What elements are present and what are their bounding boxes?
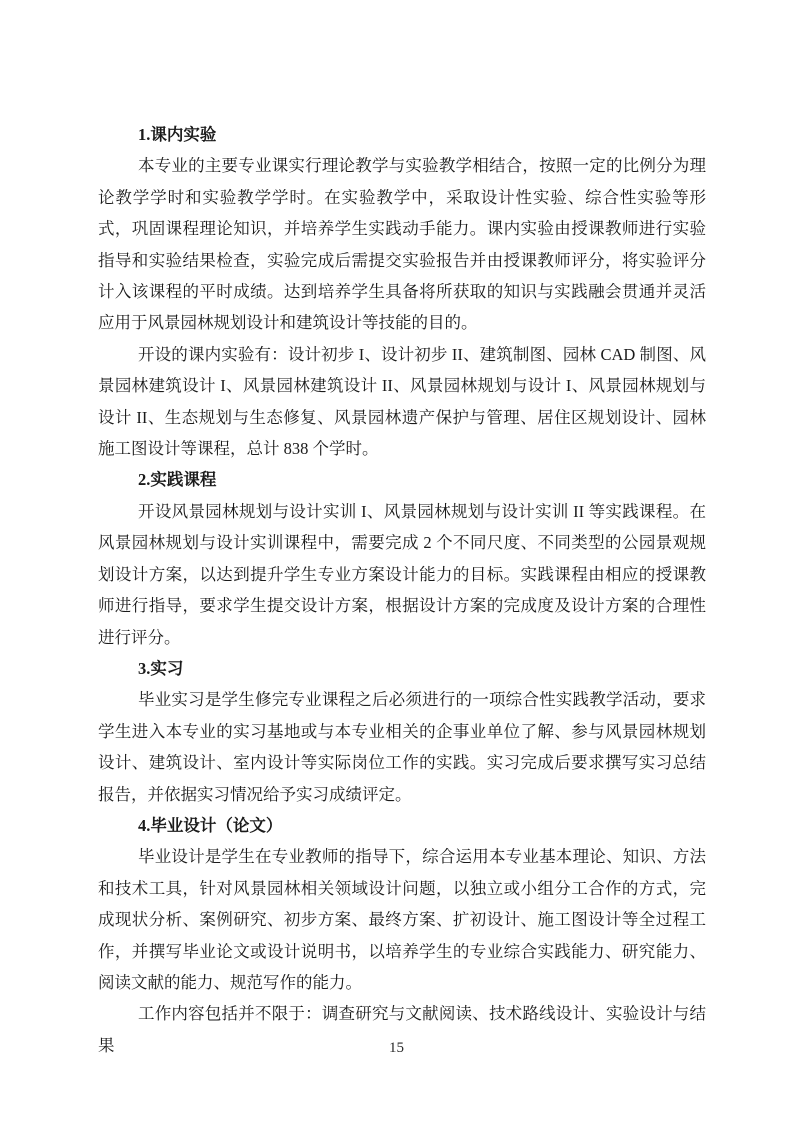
paragraph-course-experiments-list: 开设的课内实验有：设计初步 I、设计初步 II、建筑制图、园林 CAD 制图、风…	[98, 339, 706, 465]
section-heading-practice-courses: 2.实践课程	[98, 464, 706, 495]
paragraph-internship: 毕业实习是学生修完专业课程之后必须进行的一项综合性实践教学活动，要求学生进入本专…	[98, 684, 706, 810]
page-content: 1.课内实验 本专业的主要专业课实行理论教学与实验教学相结合，按照一定的比例分为…	[98, 119, 706, 1061]
section-heading-internship: 3.实习	[98, 653, 706, 684]
paragraph-course-experiments-intro: 本专业的主要专业课实行理论教学与实验教学相结合，按照一定的比例分为理论教学学时和…	[98, 150, 706, 338]
section-heading-graduation-design: 4.毕业设计（论文）	[98, 810, 706, 841]
document-page: 1.课内实验 本专业的主要专业课实行理论教学与实验教学相结合，按照一定的比例分为…	[0, 0, 793, 1122]
paragraph-graduation-design-intro: 毕业设计是学生在专业教师的指导下，综合运用本专业基本理论、知识、方法和技术工具，…	[98, 841, 706, 998]
page-number: 15	[0, 1040, 793, 1057]
section-heading-course-experiments: 1.课内实验	[98, 119, 706, 150]
paragraph-practice-courses: 开设风景园林规划与设计实训 I、风景园林规划与设计实训 II 等实践课程。在风景…	[98, 496, 706, 653]
